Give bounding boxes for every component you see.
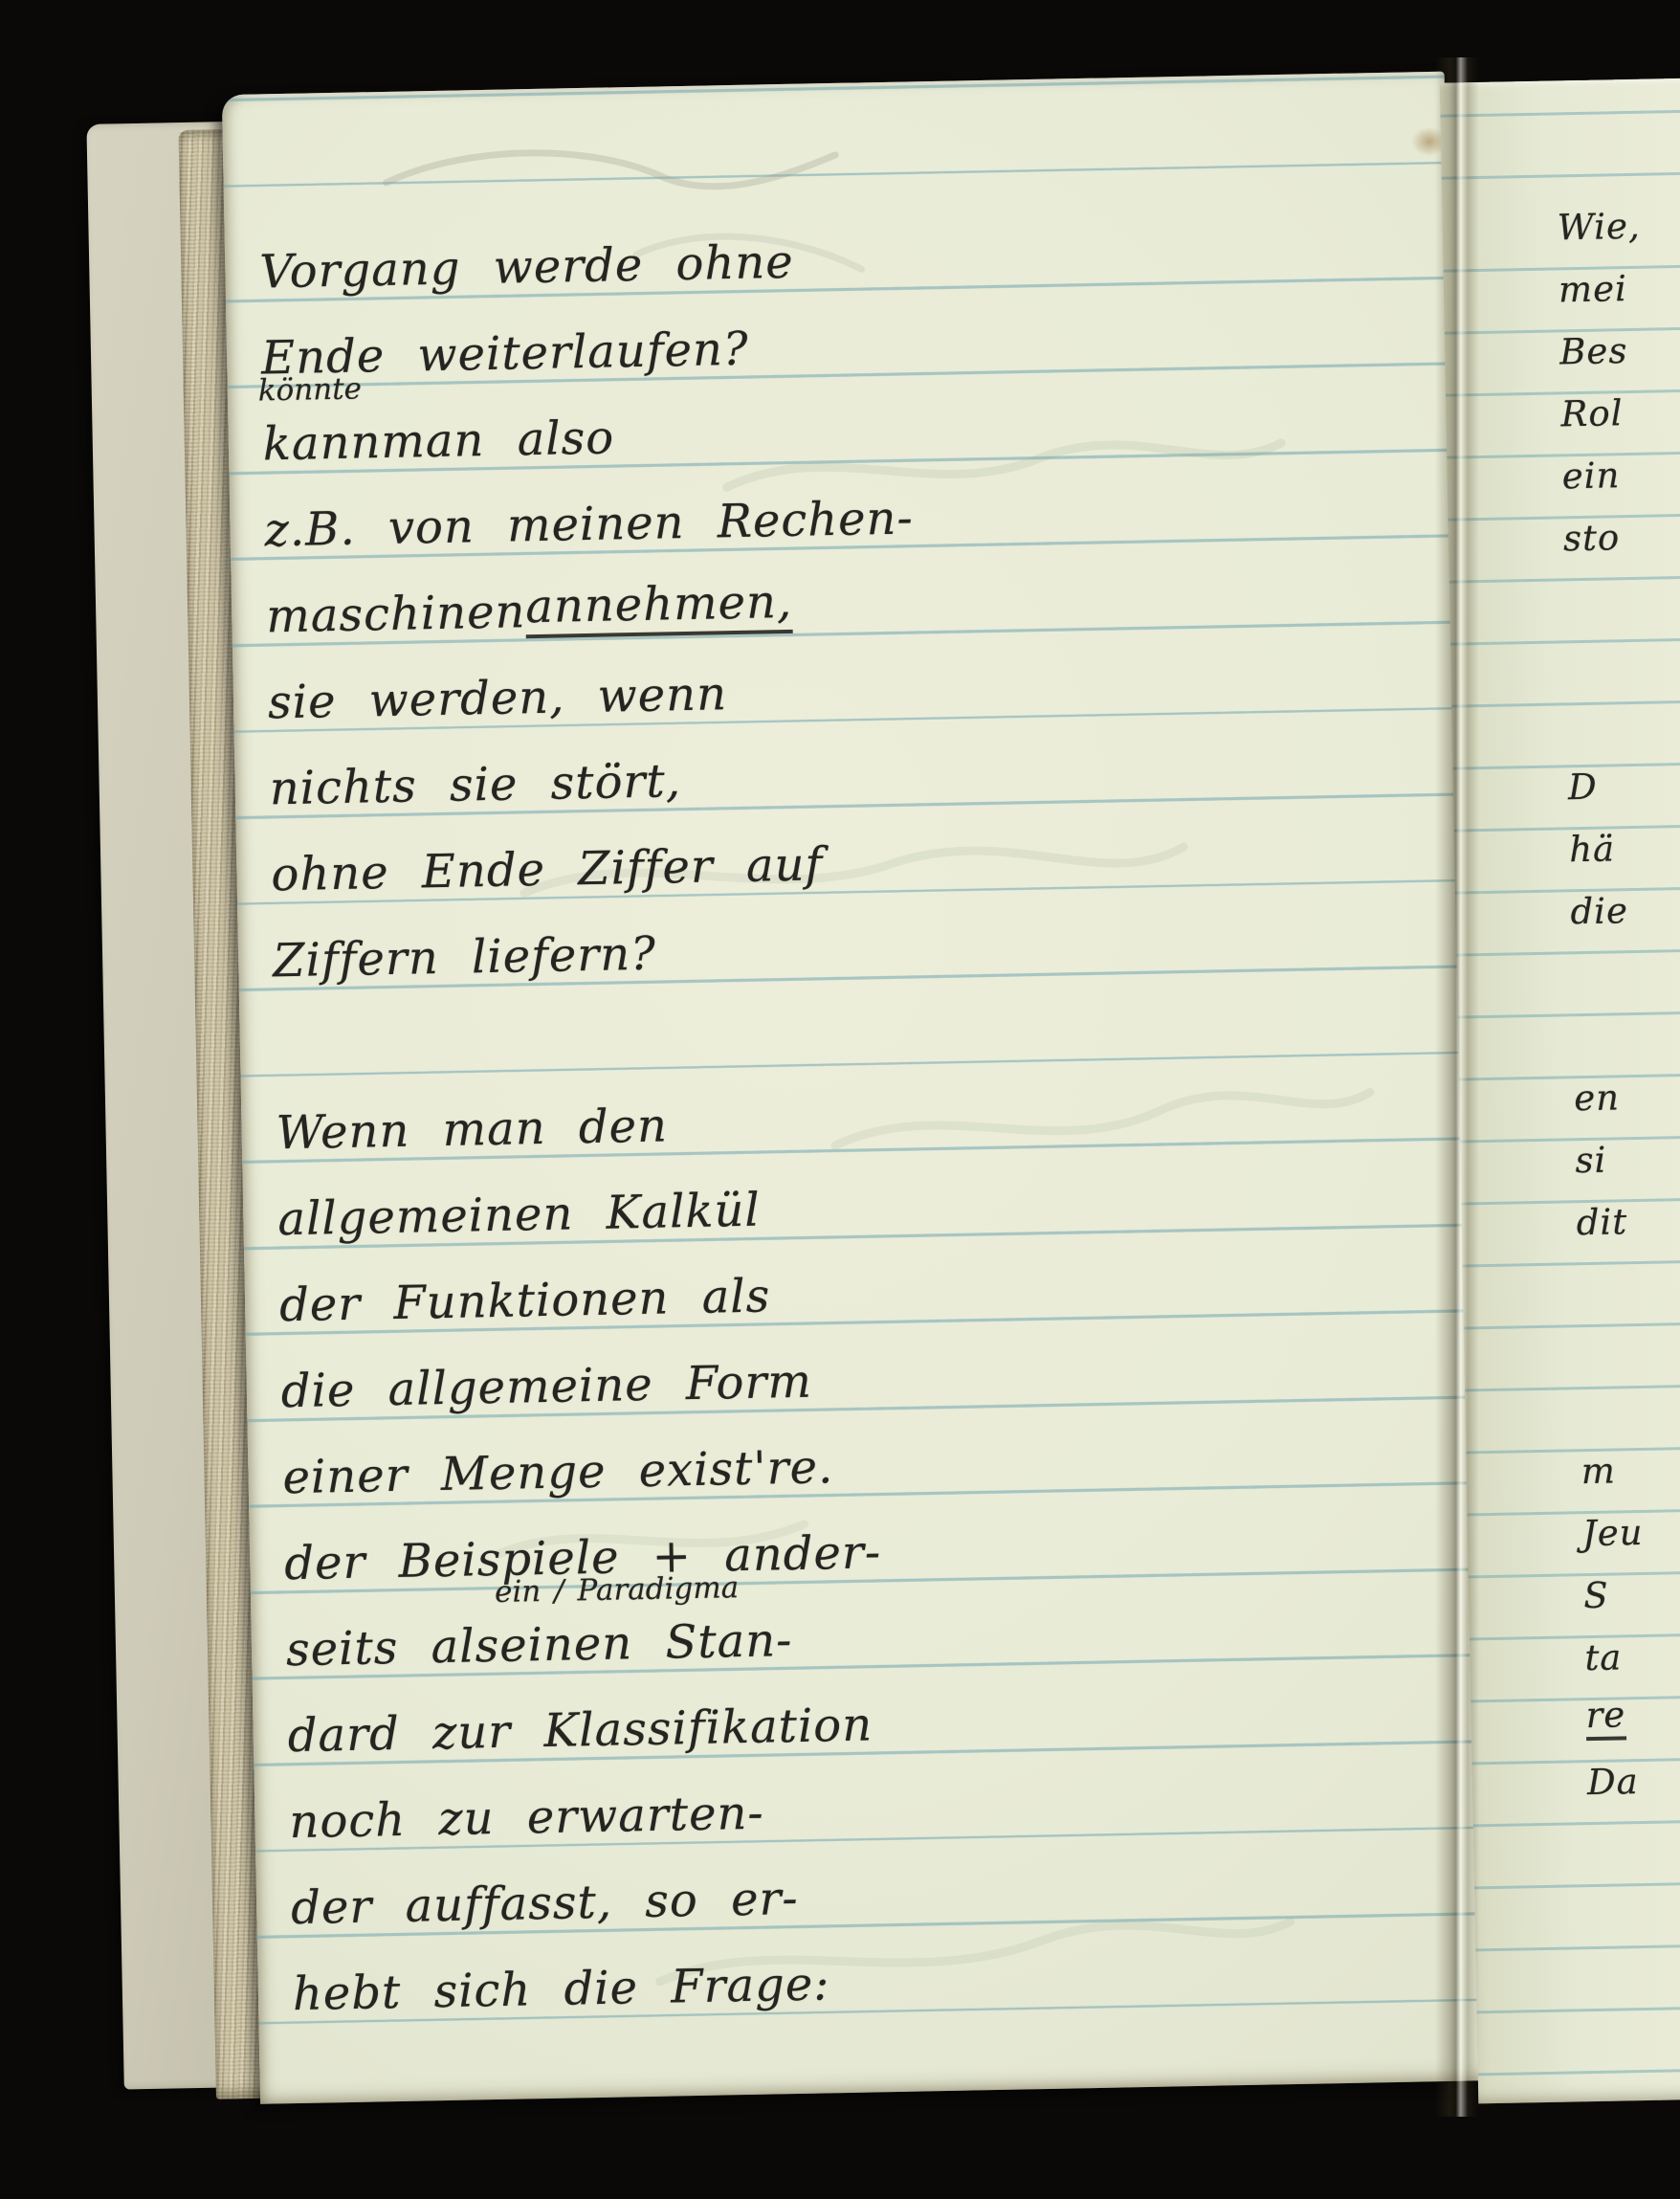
- handwritten-fragment: Bes: [1559, 317, 1628, 380]
- left-page: Vorgang werde ohneEnde weiterlaufen?kann…: [222, 72, 1483, 2104]
- handwritten-fragment: hä: [1569, 814, 1616, 877]
- handwritten-fragment: dit: [1576, 1188, 1628, 1251]
- handwritten-fragment: Da: [1586, 1747, 1639, 1810]
- gutter-crease: [1435, 57, 1479, 2117]
- handwritten-fragment: die: [1570, 877, 1629, 940]
- underlined-word: annehmen,: [525, 575, 793, 638]
- handwriting-left-page: Vorgang werde ohneEnde weiterlaufen?kann…: [258, 200, 1450, 2031]
- handwritten-fragment: Rol: [1560, 379, 1624, 442]
- handwritten-fragment: S: [1583, 1562, 1610, 1624]
- handwritten-fragment: en: [1574, 1063, 1621, 1126]
- handwritten-fragment: D: [1567, 753, 1598, 816]
- handwritten-fragment: sto: [1562, 503, 1620, 566]
- handwritten-fragment: si: [1575, 1126, 1607, 1189]
- handwritten-fragment: ein: [1561, 441, 1621, 504]
- page-top-notch: [946, 31, 1091, 78]
- annotated-word: einen Stan-ein / Paradigma: [499, 1613, 793, 1673]
- interlinear-insertion: ein / Paradigma: [495, 1570, 740, 1610]
- handwritten-fragment: mei: [1558, 255, 1627, 318]
- handwritten-fragment: re: [1585, 1685, 1626, 1748]
- notebook-photo: Vorgang werde ohneEnde weiterlaufen?kann…: [0, 0, 1680, 2199]
- handwritten-fragment: Jeu: [1581, 1499, 1644, 1562]
- annotated-word: kannkönnte: [262, 415, 382, 471]
- handwritten-fragment: m: [1581, 1436, 1616, 1499]
- handwritten-fragment: Wie,: [1557, 192, 1641, 256]
- handwritten-fragment: ta: [1584, 1623, 1623, 1686]
- open-notebook: Vorgang werde ohneEnde weiterlaufen?kann…: [86, 71, 1492, 2118]
- interlinear-insertion: könnte: [257, 371, 362, 408]
